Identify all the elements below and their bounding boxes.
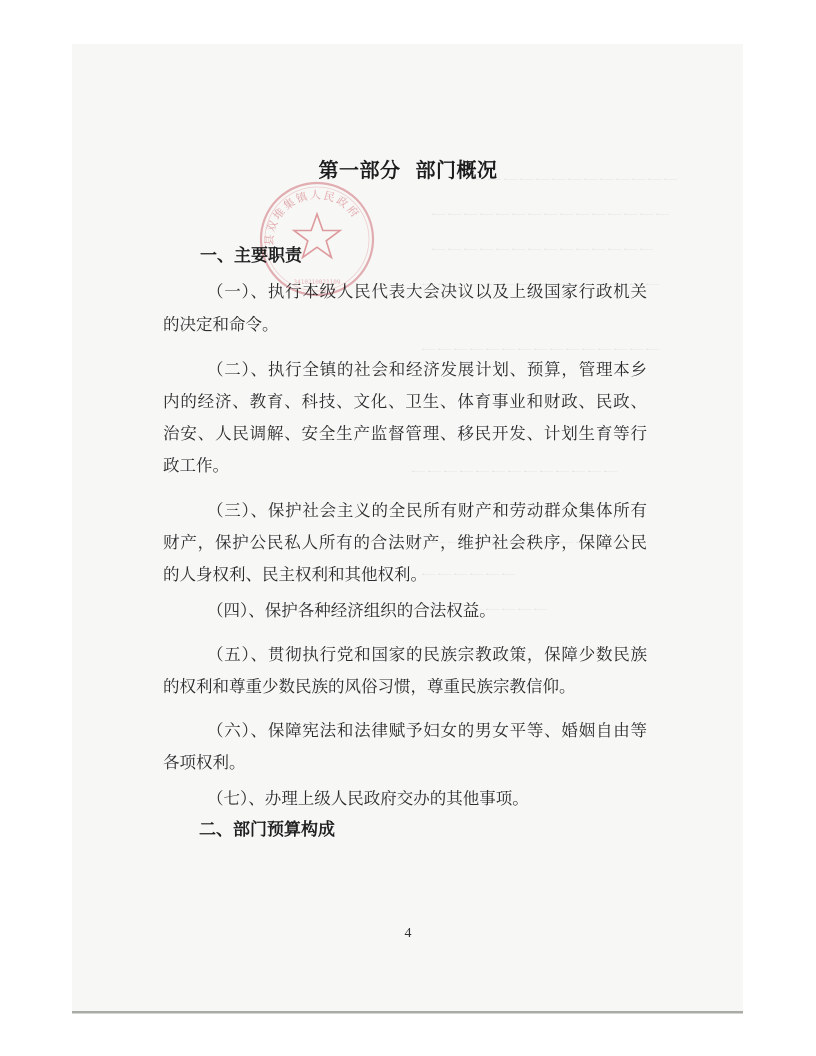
paragraph-line: 的人身权利、民主权利和其他权利。: [163, 565, 647, 585]
paragraph-line: （一）、执行本级人民代表大会决议以及上级国家行政机关: [207, 282, 647, 302]
paragraph-line: 政工作。: [163, 456, 647, 476]
paragraph-line: 财产，保护公民私人所有的合法财产，维护社会秩序，保障公民: [163, 533, 647, 553]
bleed-through-text: 一一一一一一一一一一一一一一一: [420, 340, 660, 361]
paragraph-line: （六）、保障宪法和法律赋予妇女的男女平等、婚姻自由等: [207, 721, 647, 741]
paragraph-line: （三）、保护社会主义的全民所有财产和劳动群众集体所有: [207, 501, 647, 521]
paragraph-line: 的权利和尊重少数民族的风俗习惯，尊重民族宗教信仰。: [163, 677, 647, 697]
page-number: 4: [400, 926, 416, 942]
bleed-through-text: 一一一一一一一一一一一一一一一: [430, 205, 670, 226]
paragraph-line: （二）、执行全镇的社会和经济发展计划、预算，管理本乡: [207, 360, 647, 380]
paragraph-line: 内的经济、教育、科技、文化、卫生、体育事业和财政、民政、: [163, 392, 647, 412]
paragraph-line: 各项权利。: [163, 753, 647, 773]
section-heading-budget-composition: 二、部门预算构成: [199, 815, 335, 840]
page-title: 第一部分 部门概况: [0, 154, 816, 183]
paragraph-line: （七）、办理上级人民政府交办的其他事项。: [207, 789, 647, 809]
paragraph-line: 治安、人民调解、安全生产监督管理、移民开发、计划生育等行: [163, 424, 647, 444]
section-heading-main-duties: 一、主要职责: [200, 241, 302, 266]
paragraph-line: （五）、贯彻执行党和国家的民族宗教政策，保障少数民族: [207, 645, 647, 665]
paragraph-line: （四）、保护各种经济组织的合法权益。: [207, 601, 647, 621]
bleed-through-text: 一一一一一一一一一一一一一一: [430, 240, 654, 261]
paragraph-line: 的决定和命令。: [163, 315, 647, 335]
